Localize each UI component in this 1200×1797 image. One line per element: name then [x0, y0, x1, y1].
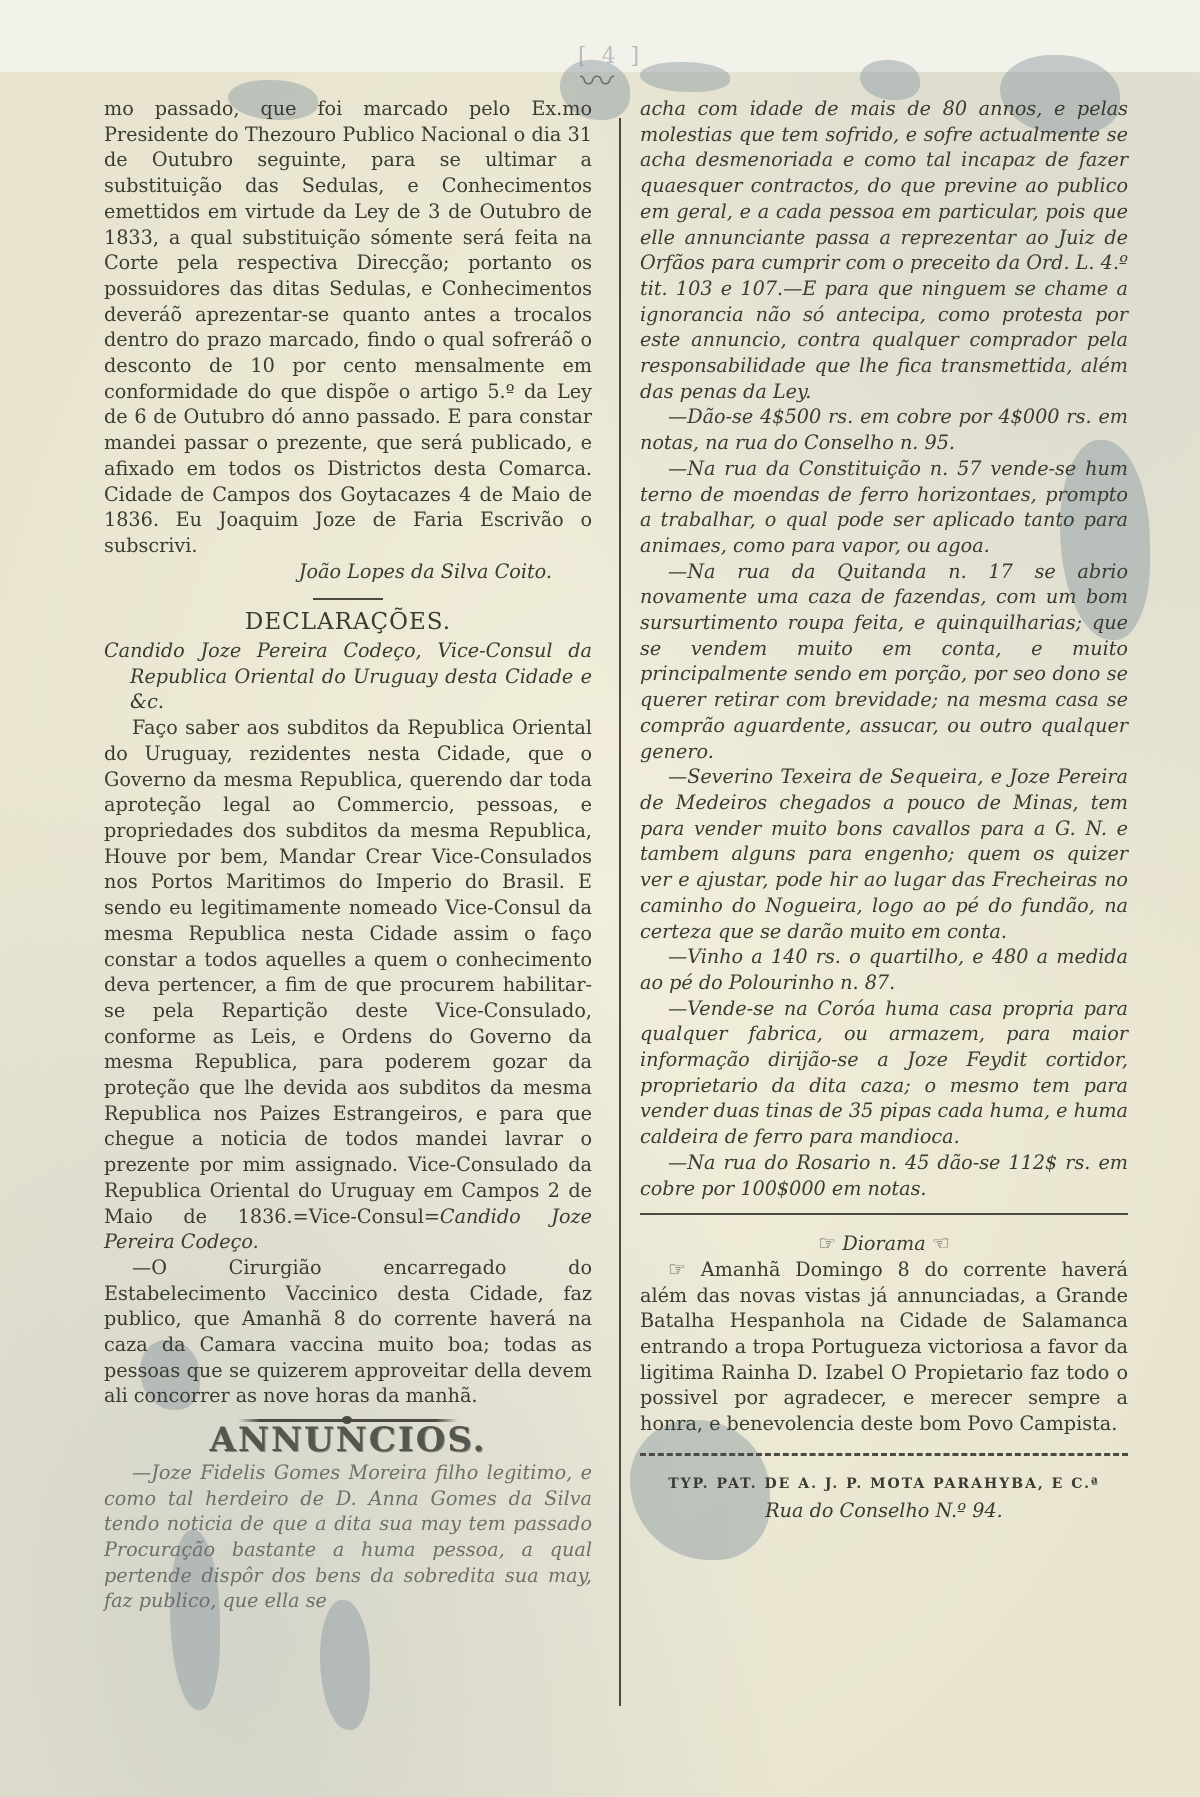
- pointing-hand-left-icon: ☜: [932, 1231, 950, 1255]
- diorama-heading-line: ☞ Diorama ☜: [640, 1231, 1128, 1257]
- ad-item: —Na rua da Constituição n. 57 vende-se h…: [640, 456, 1128, 559]
- section-rule: [640, 1213, 1128, 1215]
- annuncio-joze-continued: acha com idade de mais de 80 annos, e pe…: [640, 96, 1128, 404]
- diorama-heading: Diorama: [842, 1232, 925, 1255]
- consul-title: Candido Joze Pereira Codeço, Vice-Consul…: [104, 638, 592, 715]
- annuncio-joze: —Joze Fidelis Gomes Moreira filho legiti…: [104, 1460, 592, 1614]
- annuncios-heading: ANNUNCIOS.: [104, 1428, 592, 1454]
- section-rule: [640, 1453, 1128, 1456]
- ad-item: —Severino Texeira de Sequeira, e Joze Pe…: [640, 764, 1128, 944]
- left-column: mo passado, que foi marcado pelo Ex.mo P…: [104, 96, 592, 1614]
- section-rule: [313, 598, 383, 600]
- ad-item: —Vende-se na Coróa huma casa propria par…: [640, 996, 1128, 1150]
- diorama-body: Amanhã Domingo 8 do corrente haverá além…: [640, 1258, 1128, 1435]
- cirurgiao-paragraph: —O Cirurgião encarregado do Estabelecime…: [104, 1255, 592, 1409]
- ad-item: —Na rua da Quitanda n. 17 se abrio novam…: [640, 559, 1128, 765]
- water-stain: [640, 62, 730, 92]
- pointing-hand-right-icon: ☞: [818, 1231, 836, 1255]
- ad-item: —Vinho a 140 rs. o quartilho, e 480 a me…: [640, 944, 1128, 995]
- water-stain: [860, 60, 920, 100]
- imprint-line-1: TYP. PAT. DE A. J. P. MOTA PARAHYBA, E C…: [640, 1472, 1128, 1498]
- ad-item: —Na rua do Rosario n. 45 dão-se 112$ rs.…: [640, 1150, 1128, 1201]
- declaracoes-heading: DECLARAÇÕES.: [104, 610, 592, 636]
- newspaper-page: [ 4 ] 〰 mo passado, que foi marcado pelo…: [0, 0, 1200, 1797]
- ad-item: —Dão-se 4$500 rs. em cobre por 4$000 rs.…: [640, 404, 1128, 455]
- ornamental-rule: [238, 1419, 458, 1422]
- column-divider: [619, 118, 621, 1706]
- pointing-hand-right-icon: ☞: [668, 1257, 686, 1281]
- right-column: acha com idade de mais de 80 annos, e pe…: [640, 96, 1128, 1523]
- consul-body: Faço saber aos subditos da Republica Ori…: [104, 716, 592, 1227]
- imprint-line-2: Rua do Conselho N.º 94.: [640, 1498, 1128, 1524]
- edital-signature: João Lopes da Silva Coito.: [104, 559, 592, 585]
- consul-paragraph: Faço saber aos subditos da Republica Ori…: [104, 715, 592, 1255]
- water-stain: [320, 1600, 370, 1730]
- diorama-paragraph: ☞ Amanhã Domingo 8 do corrente haverá al…: [640, 1257, 1128, 1437]
- edital-paragraph: mo passado, que foi marcado pelo Ex.mo P…: [104, 96, 592, 559]
